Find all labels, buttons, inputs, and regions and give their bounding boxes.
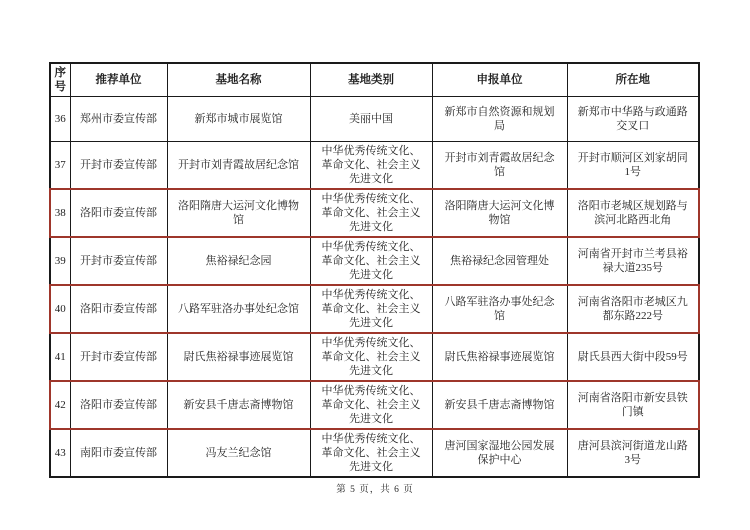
cell-category: 中华优秀传统文化、革命文化、社会主义先进文化 [310,429,432,477]
cell-recommender: 开封市委宣传部 [70,237,167,285]
cell-location: 河南省洛阳市老城区九都东路222号 [567,285,699,333]
cell-no: 36 [50,97,70,142]
column-header-recommender: 推荐单位 [70,63,167,97]
cell-name: 新郑市城市展览馆 [167,97,310,142]
cell-recommender: 洛阳市委宣传部 [70,189,167,237]
cell-no: 41 [50,333,70,381]
cell-applicant: 唐河国家湿地公园发展保护中心 [432,429,567,477]
table-header: 序号推荐单位基地名称基地类别申报单位所在地 [50,63,699,97]
cell-recommender: 开封市委宣传部 [70,333,167,381]
cell-location: 河南省洛阳市新安县铁门镇 [567,381,699,429]
table-row: 42洛阳市委宣传部新安县千唐志斋博物馆中华优秀传统文化、革命文化、社会主义先进文… [50,381,699,429]
page-number-text: 第 5 页，共 6 页 [336,485,414,495]
cell-recommender: 洛阳市委宣传部 [70,381,167,429]
table-row: 40洛阳市委宣传部八路军驻洛办事处纪念馆中华优秀传统文化、革命文化、社会主义先进… [50,285,699,333]
table-body: 36郑州市委宣传部新郑市城市展览馆美丽中国新郑市自然资源和规划局新郑市中华路与政… [50,97,699,478]
column-header-name: 基地名称 [167,63,310,97]
table-row: 37开封市委宣传部开封市刘青霞故居纪念馆中华优秀传统文化、革命文化、社会主义先进… [50,142,699,190]
cell-category: 中华优秀传统文化、革命文化、社会主义先进文化 [310,237,432,285]
column-header-applicant: 申报单位 [432,63,567,97]
cell-applicant: 洛阳隋唐大运河文化博物馆 [432,189,567,237]
cell-name: 焦裕禄纪念园 [167,237,310,285]
cell-recommender: 南阳市委宣传部 [70,429,167,477]
column-header-location: 所在地 [567,63,699,97]
cell-category: 中华优秀传统文化、革命文化、社会主义先进文化 [310,285,432,333]
cell-location: 尉氏县西大街中段59号 [567,333,699,381]
cell-location: 河南省开封市兰考县裕禄大道235号 [567,237,699,285]
cell-name: 八路军驻洛办事处纪念馆 [167,285,310,333]
cell-name: 冯友兰纪念馆 [167,429,310,477]
cell-location: 洛阳市老城区规划路与滨河北路西北角 [567,189,699,237]
cell-name: 尉氏焦裕禄事迹展览馆 [167,333,310,381]
column-header-no: 序号 [50,63,70,97]
cell-category: 中华优秀传统文化、革命文化、社会主义先进文化 [310,142,432,190]
cell-recommender: 郑州市委宣传部 [70,97,167,142]
table-row: 43南阳市委宣传部冯友兰纪念馆中华优秀传统文化、革命文化、社会主义先进文化唐河国… [50,429,699,477]
cell-applicant: 开封市刘青霞故居纪念馆 [432,142,567,190]
table-row: 39开封市委宣传部焦裕禄纪念园中华优秀传统文化、革命文化、社会主义先进文化焦裕禄… [50,237,699,285]
column-header-category: 基地类别 [310,63,432,97]
cell-location: 新郑市中华路与政通路交叉口 [567,97,699,142]
cell-applicant: 尉氏焦裕禄事迹展览馆 [432,333,567,381]
cell-location: 开封市顺河区刘家胡同1号 [567,142,699,190]
cell-location: 唐河县滨河街道龙山路3号 [567,429,699,477]
cell-name: 洛阳隋唐大运河文化博物馆 [167,189,310,237]
cell-no: 42 [50,381,70,429]
page-footer: 第 5 页，共 6 页 [0,481,750,495]
cell-applicant: 新郑市自然资源和规划局 [432,97,567,142]
document-page: 序号推荐单位基地名称基地类别申报单位所在地 36郑州市委宣传部新郑市城市展览馆美… [0,0,750,530]
cell-category: 中华优秀传统文化、革命文化、社会主义先进文化 [310,189,432,237]
base-list-table: 序号推荐单位基地名称基地类别申报单位所在地 36郑州市委宣传部新郑市城市展览馆美… [49,62,700,478]
cell-applicant: 焦裕禄纪念园管理处 [432,237,567,285]
cell-recommender: 开封市委宣传部 [70,142,167,190]
cell-category: 美丽中国 [310,97,432,142]
cell-category: 中华优秀传统文化、革命文化、社会主义先进文化 [310,381,432,429]
cell-applicant: 新安县千唐志斋博物馆 [432,381,567,429]
header-row: 序号推荐单位基地名称基地类别申报单位所在地 [50,63,699,97]
cell-no: 40 [50,285,70,333]
cell-applicant: 八路军驻洛办事处纪念馆 [432,285,567,333]
cell-no: 39 [50,237,70,285]
table-row: 38洛阳市委宣传部洛阳隋唐大运河文化博物馆中华优秀传统文化、革命文化、社会主义先… [50,189,699,237]
cell-no: 38 [50,189,70,237]
cell-name: 新安县千唐志斋博物馆 [167,381,310,429]
table-row: 41开封市委宣传部尉氏焦裕禄事迹展览馆中华优秀传统文化、革命文化、社会主义先进文… [50,333,699,381]
cell-category: 中华优秀传统文化、革命文化、社会主义先进文化 [310,333,432,381]
cell-no: 37 [50,142,70,190]
cell-recommender: 洛阳市委宣传部 [70,285,167,333]
cell-name: 开封市刘青霞故居纪念馆 [167,142,310,190]
cell-no: 43 [50,429,70,477]
table-row: 36郑州市委宣传部新郑市城市展览馆美丽中国新郑市自然资源和规划局新郑市中华路与政… [50,97,699,142]
